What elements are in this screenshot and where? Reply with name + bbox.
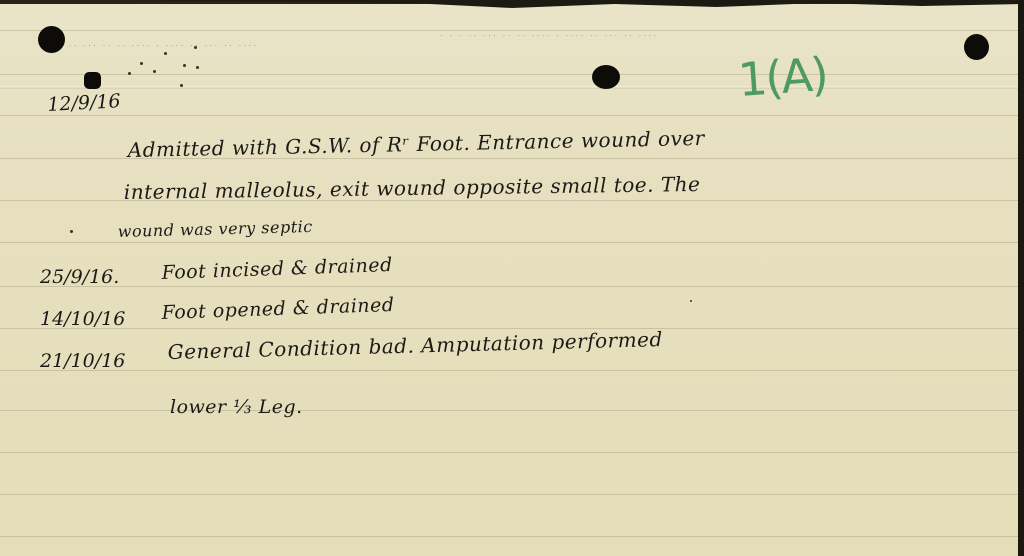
faded-header-text: · · · ·· ··· ·· ·· ···· · ···· ·· ··· ··… <box>440 30 658 40</box>
punch-hole <box>964 34 989 60</box>
ink-speck <box>194 46 197 49</box>
page-edge-shadow <box>1018 0 1024 556</box>
ruled-line <box>0 536 1018 537</box>
punch-hole <box>38 26 65 53</box>
ink-speck <box>140 62 143 65</box>
ink-speck <box>164 52 167 55</box>
reference-mark: 1(A) <box>736 47 828 107</box>
entry-text-line: Foot incised & drained <box>161 254 393 284</box>
ruled-line <box>0 494 1018 495</box>
ruled-line <box>0 286 1018 287</box>
ink-speck <box>180 84 183 87</box>
ruled-line <box>0 410 1018 411</box>
ink-speck <box>153 70 156 73</box>
ruled-line <box>0 370 1018 371</box>
ruled-line <box>0 328 1018 329</box>
entry-date: 12/9/16 <box>47 90 121 116</box>
paper-fold <box>0 86 1018 89</box>
ink-speck <box>128 72 131 75</box>
entry-text-line: General Condition bad. Amputation perfor… <box>167 327 663 364</box>
punch-hole <box>84 72 101 89</box>
case-note-page: · · · ·· ··· ·· ·· ···· · ···· ·· ··· ··… <box>0 4 1018 556</box>
ink-speck <box>196 66 199 69</box>
ruled-line <box>0 74 1018 75</box>
ink-speck <box>183 64 186 67</box>
entry-text-line: Admitted with G.S.W. of Rʳ Foot. Entranc… <box>127 126 704 162</box>
ink-speck <box>70 230 73 233</box>
entry-date: 25/9/16. <box>40 266 119 288</box>
ruled-line <box>0 115 1018 116</box>
entry-text-line: Foot opened & drained <box>161 294 395 324</box>
entry-date: 21/10/16 <box>40 350 125 372</box>
entry-text-line: wound was very septic <box>118 217 313 241</box>
ruled-line <box>0 242 1018 243</box>
entry-date: 14/10/16 <box>40 308 125 330</box>
punch-hole <box>592 65 620 89</box>
ruled-line <box>0 452 1018 453</box>
ink-speck <box>690 300 692 302</box>
entry-text-line: lower ⅓ Leg. <box>170 396 303 418</box>
faded-header-text: · · · ·· ··· ·· ·· ···· · ···· ·· ··· ··… <box>40 40 258 50</box>
